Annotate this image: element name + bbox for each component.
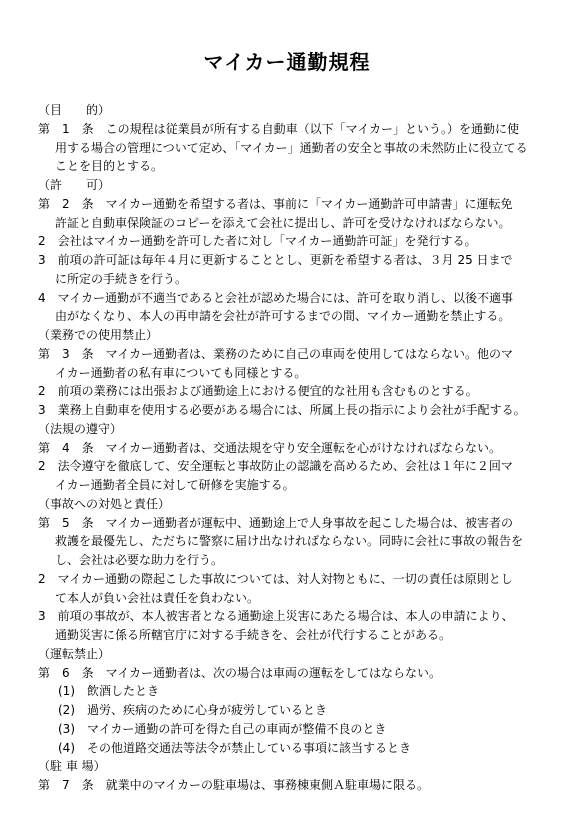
text-line: 由がなくなり、本人の再申請を会社が許可するまでの間、マイカー通勤を禁止する。 [38,307,550,326]
text-line: 第 7 条 就業中のマイカーの駐車場は、事務棟東側Ａ駐車場に限る。 [38,776,550,795]
document-page: マイカー通勤規程 （目 的）第 1 条 この規程は従業員が所有する自動車（以下「… [0,0,574,832]
text-line: （業務での使用禁止） [38,326,550,345]
text-line: に所定の手続きを行う。 [38,270,550,289]
text-line: 許証と自動車保険証のコピーを添えて会社に提出し、許可を受けなければならない。 [38,214,550,233]
document-body: （目 的）第 1 条 この規程は従業員が所有する自動車（以下「マイカー」という。… [38,101,550,795]
text-line: 第 4 条 マイカー通勤者は、交通法規を守り安全運転を心がけなければならない。 [38,439,550,458]
text-line: (3) マイカー通勤の許可を得た自己の車両が整備不良のとき [38,720,550,739]
text-line: て本人が負い会社は責任を負わない。 [38,589,550,608]
text-line: 2 マイカー通勤の際起こした事故については、対人対物ともに、一切の責任は原則とし [38,570,550,589]
text-line: 3 前項の許可証は毎年４月に更新することとし、更新を希望する者は、３月 25 日… [38,251,550,270]
text-line: 通勤災害に係る所轄官庁に対する手続きを、会社が代行することがある。 [38,626,550,645]
text-line: （運転禁止） [38,645,550,664]
text-line: (4) その他道路交通法等法令が禁止している事項に該当するとき [38,739,550,758]
text-line: 第 6 条 マイカー通勤者は、次の場合は車両の運転をしてはならない。 [38,664,550,683]
text-line: 3 前項の事故が、本人被害者となる通勤途上災害にあたる場合は、本人の申請により、 [38,607,550,626]
text-line: （事故への対処と責任） [38,495,550,514]
text-line: 用する場合の管理について定め、「マイカー」通勤者の安全と事故の未然防止に役立てる [38,139,550,158]
text-line: し、会社は必要な助力を行う。 [38,551,550,570]
text-line: 3 業務上自動車を使用する必要がある場合には、所属上長の指示により会社が手配する… [38,401,550,420]
document-title: マイカー通勤規程 [0,0,574,74]
text-line: 第 3 条 マイカー通勤者は、業務のために自己の車両を使用してはならない。他のマ [38,345,550,364]
text-line: 第 5 条 マイカー通勤者が運転中、通勤途上で人身事故を起こした場合は、被害者の [38,514,550,533]
text-line: 第 2 条 マイカー通勤を希望する者は、事前に「マイカー通勤許可申請書」に運転免 [38,195,550,214]
text-line: （目 的） [38,101,550,120]
text-line: ことを目的とする。 [38,157,550,176]
text-line: 2 法令遵守を徹底して、安全運転と事故防止の認識を高めるため、会社は１年に２回マ [38,457,550,476]
text-line: 第 1 条 この規程は従業員が所有する自動車（以下「マイカー」という。）を通勤に… [38,120,550,139]
text-line: 4 マイカー通勤が不適当であると会社が認めた場合には、許可を取り消し、以後不適事 [38,289,550,308]
text-line: （法規の遵守） [38,420,550,439]
text-line: （駐 車 場） [38,757,550,776]
text-line: (2) 過労、疾病のために心身が疲労しているとき [38,701,550,720]
text-line: イカー通勤者全員に対して研修を実施する。 [38,476,550,495]
text-line: (1) 飲酒したとき [38,682,550,701]
text-line: 救護を最優先し、ただちに警察に届け出なければならない。同時に会社に事故の報告を [38,532,550,551]
text-line: イカー通勤者の私有車についても同様とする。 [38,364,550,383]
text-line: 2 前項の業務には出張および通勤途上における便宜的な社用も含むものとする。 [38,382,550,401]
text-line: （許 可） [38,176,550,195]
text-line: 2 会社はマイカー通勤を許可した者に対し「マイカー通勤許可証」を発行する。 [38,232,550,251]
